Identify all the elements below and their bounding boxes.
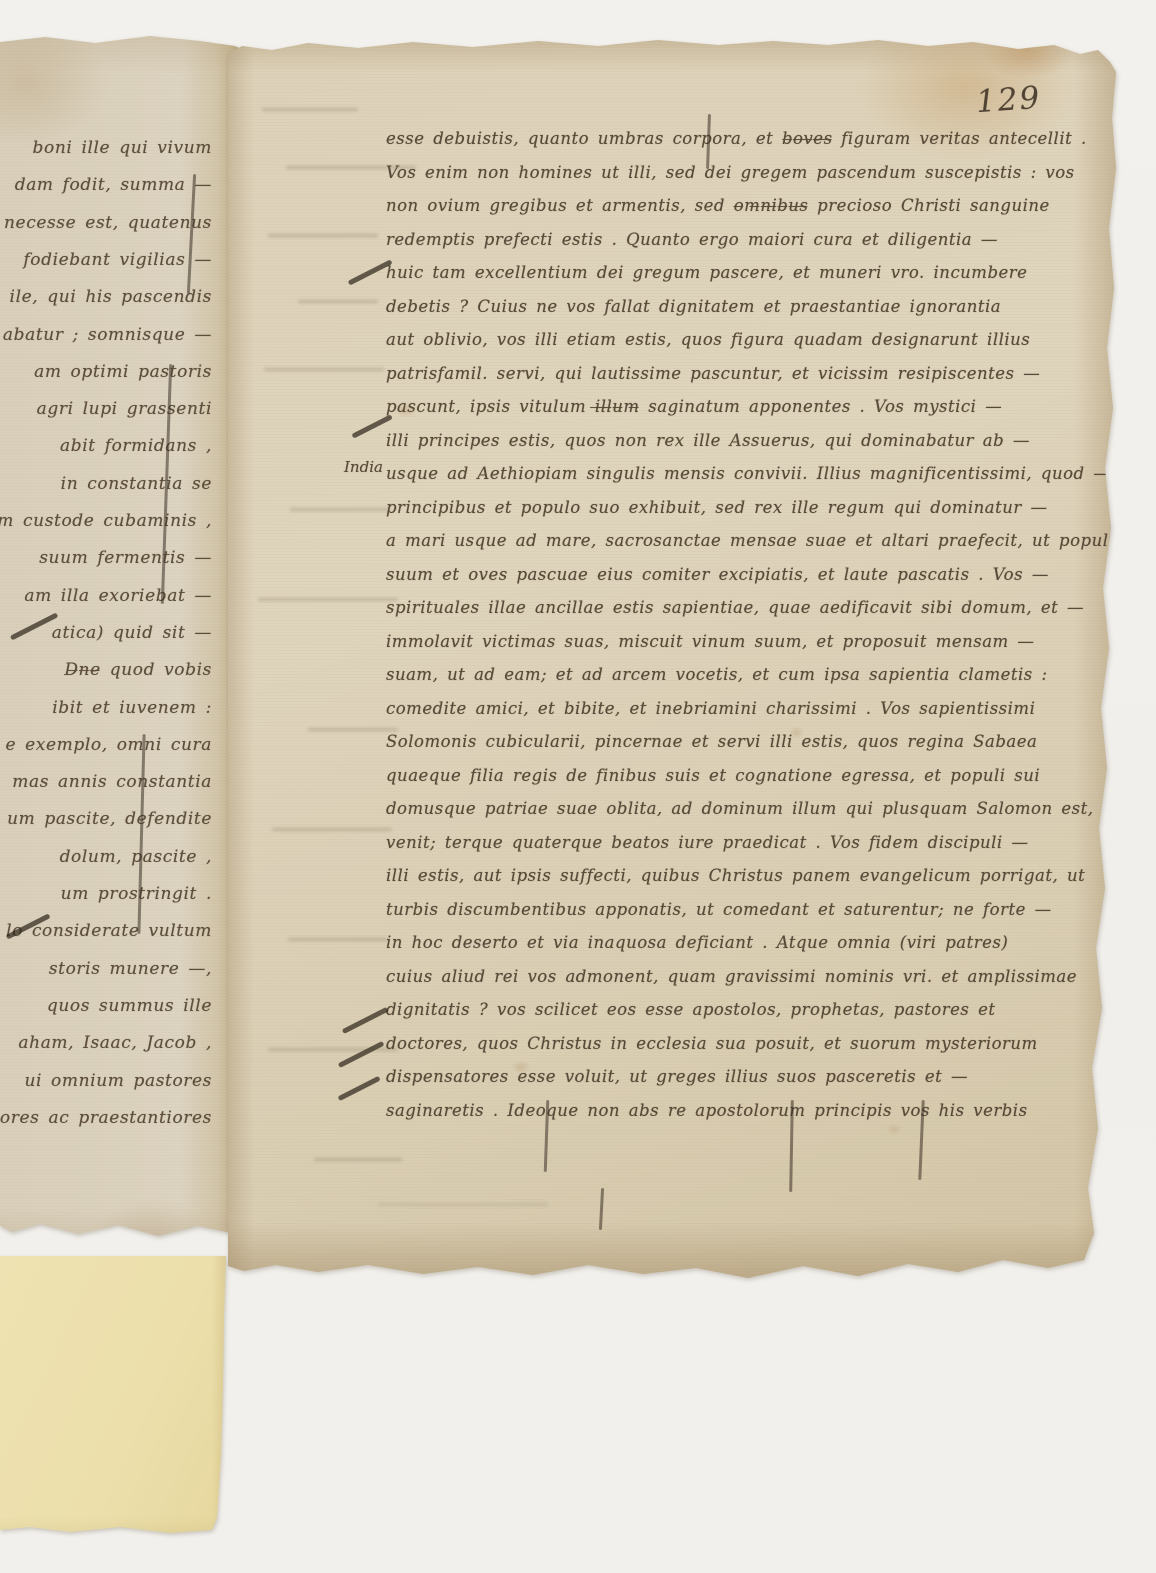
manuscript-line: non ovium gregibus et armentis, sed o̶m̶… <box>386 189 1102 223</box>
manuscript-line: suam, ut ad eam; et ad arcem vocetis, et… <box>386 658 1102 692</box>
manuscript-line: illi principes estis, quos non rex ille … <box>386 424 1102 458</box>
manuscript-line: quos summus ille <box>47 996 212 1016</box>
pen-stroke <box>342 1007 389 1034</box>
main-text-block: esse debuistis, quanto umbras corpora, e… <box>386 122 1102 1127</box>
manuscript-line: aham, Isaac, Jacob , <box>18 1033 212 1053</box>
manuscript-photo: boni ille qui vivumdam fodit, summa —at … <box>0 0 1156 1573</box>
show-through-mark <box>258 598 398 601</box>
right-page-wrap: 129 India esse debuistis, quanto umbras … <box>228 38 1116 1278</box>
manuscript-line: cuius aliud rei vos admonent, quam gravi… <box>386 960 1102 994</box>
manuscript-line: Vos enim non homines ut illi, sed dei gr… <box>386 156 1102 190</box>
manuscript-line: pascunt, ipsis vitulum i̶l̶l̶u̶m̶ sagina… <box>386 390 1102 424</box>
manuscript-line: comedite amici, et bibite, et inebriamin… <box>386 692 1102 726</box>
manuscript-line: dignitatis ? vos scilicet eos esse apost… <box>386 993 1102 1027</box>
manuscript-line: atica) quid sit — <box>52 623 212 643</box>
manuscript-line: usque ad Aethiopiam singulis mensis conv… <box>386 457 1102 491</box>
manuscript-line: doctores, quos Christus in ecclesia sua … <box>386 1027 1102 1061</box>
manuscript-line: illi estis, aut ipsis suffecti, quibus C… <box>386 859 1102 893</box>
pen-stroke <box>338 1041 385 1068</box>
manuscript-line: lo considerate vultum <box>6 921 212 941</box>
manuscript-line: iores ac praestantiores <box>0 1108 212 1128</box>
manuscript-line: aut oblivio, vos illi etiam estis, quos … <box>386 323 1102 357</box>
manuscript-line: patrisfamil. servi, qui lautissime pascu… <box>386 357 1102 391</box>
manuscript-line: abatur ; somnisque — <box>3 325 212 345</box>
manuscript-line: quaeque filia regis de finibus suis et c… <box>386 759 1102 793</box>
manuscript-line: in hoc deserto et via inaquosa deficiant… <box>386 926 1102 960</box>
manuscript-line: Solomonis cubicularii, pincernae et serv… <box>386 725 1102 759</box>
show-through-mark <box>288 938 388 941</box>
manuscript-line: huic tam excellentium dei gregum pascere… <box>386 256 1102 290</box>
show-through-mark <box>268 1048 398 1051</box>
manuscript-line: mas annis constantia <box>12 772 212 792</box>
manuscript-line: principibus et populo suo exhibuit, sed … <box>386 491 1102 525</box>
yellow-insert-sheet <box>0 1256 226 1536</box>
left-page-text: boni ille qui vivumdam fodit, summa —at … <box>0 138 212 1198</box>
manuscript-line: esse debuistis, quanto umbras corpora, e… <box>386 122 1102 156</box>
manuscript-line: nium custode cubaminis , <box>0 511 212 531</box>
manuscript-line: in constantia se <box>61 474 212 494</box>
manuscript-line: dolum, pascite , <box>60 847 212 867</box>
page-number: 129 <box>975 80 1043 120</box>
manuscript-line: suum fermentis — <box>39 548 212 568</box>
manuscript-line: fodiebant vigilias — <box>23 250 212 270</box>
show-through-mark <box>264 368 384 371</box>
manuscript-line: ui omnium pastores <box>24 1071 212 1091</box>
yellow-sheet-wrap <box>0 1256 226 1536</box>
manuscript-line: dispensatores esse voluit, ut greges ill… <box>386 1060 1102 1094</box>
manuscript-line: immolavit victimas suas, miscuit vinum s… <box>386 625 1102 659</box>
pen-stroke <box>337 1076 380 1101</box>
manuscript-line: abit formidans , <box>60 436 212 456</box>
left-page: boni ille qui vivumdam fodit, summa —at … <box>0 34 252 1258</box>
manuscript-line: redemptis prefecti estis . Quanto ergo m… <box>386 223 1102 257</box>
show-through-mark <box>268 234 378 237</box>
show-through-mark <box>272 828 392 831</box>
show-through-mark <box>308 728 398 731</box>
manuscript-line: ibit et iuvenem : <box>52 698 212 718</box>
margin-word-india: India <box>344 458 383 476</box>
show-through-mark <box>298 300 378 303</box>
show-through-mark <box>314 1158 402 1161</box>
pen-stroke <box>789 1100 793 1192</box>
show-through-mark <box>262 108 358 111</box>
manuscript-line: ile, qui his pascendis <box>10 287 212 307</box>
show-through-mark <box>290 508 390 511</box>
right-page: 129 India esse debuistis, quanto umbras … <box>228 38 1116 1278</box>
manuscript-line: e exemplo, omni cura <box>5 735 212 755</box>
manuscript-line: at necesse est, quatenus <box>0 213 212 233</box>
manuscript-line: domusque patriae suae oblita, ad dominum… <box>386 792 1102 826</box>
manuscript-line: storis munere —, <box>49 959 212 979</box>
pen-stroke <box>599 1188 604 1230</box>
manuscript-line: turbis discumbentibus apponatis, ut come… <box>386 893 1102 927</box>
manuscript-line: a mari usque ad mare, sacrosanctae mensa… <box>386 524 1102 558</box>
manuscript-line: dam fodit, summa — <box>15 175 212 195</box>
manuscript-line: um prostringit . <box>61 884 212 904</box>
manuscript-line: venit; terque quaterque beatos iure prae… <box>386 826 1102 860</box>
manuscript-line: debetis ? Cuius ne vos fallat dignitatem… <box>386 290 1102 324</box>
manuscript-line: agri lupi grassenti <box>37 399 212 419</box>
manuscript-line: boni ille qui vivum <box>33 138 212 158</box>
manuscript-line: saginaretis . Ideoque non abs re apostol… <box>386 1094 1102 1128</box>
manuscript-line: spirituales illae ancillae estis sapient… <box>386 591 1102 625</box>
manuscript-line: suum et oves pascuae eius comiter excipi… <box>386 558 1102 592</box>
manuscript-line: am optimi pastoris <box>34 362 212 382</box>
manuscript-line: am illa exoriebat — <box>24 586 212 606</box>
manuscript-line: D̶n̶e̶ quod vobis <box>64 660 212 680</box>
show-through-mark <box>378 1203 548 1206</box>
manuscript-line: um pascite, defendite <box>7 809 212 829</box>
left-page-wrap: boni ille qui vivumdam fodit, summa —at … <box>0 34 252 1258</box>
